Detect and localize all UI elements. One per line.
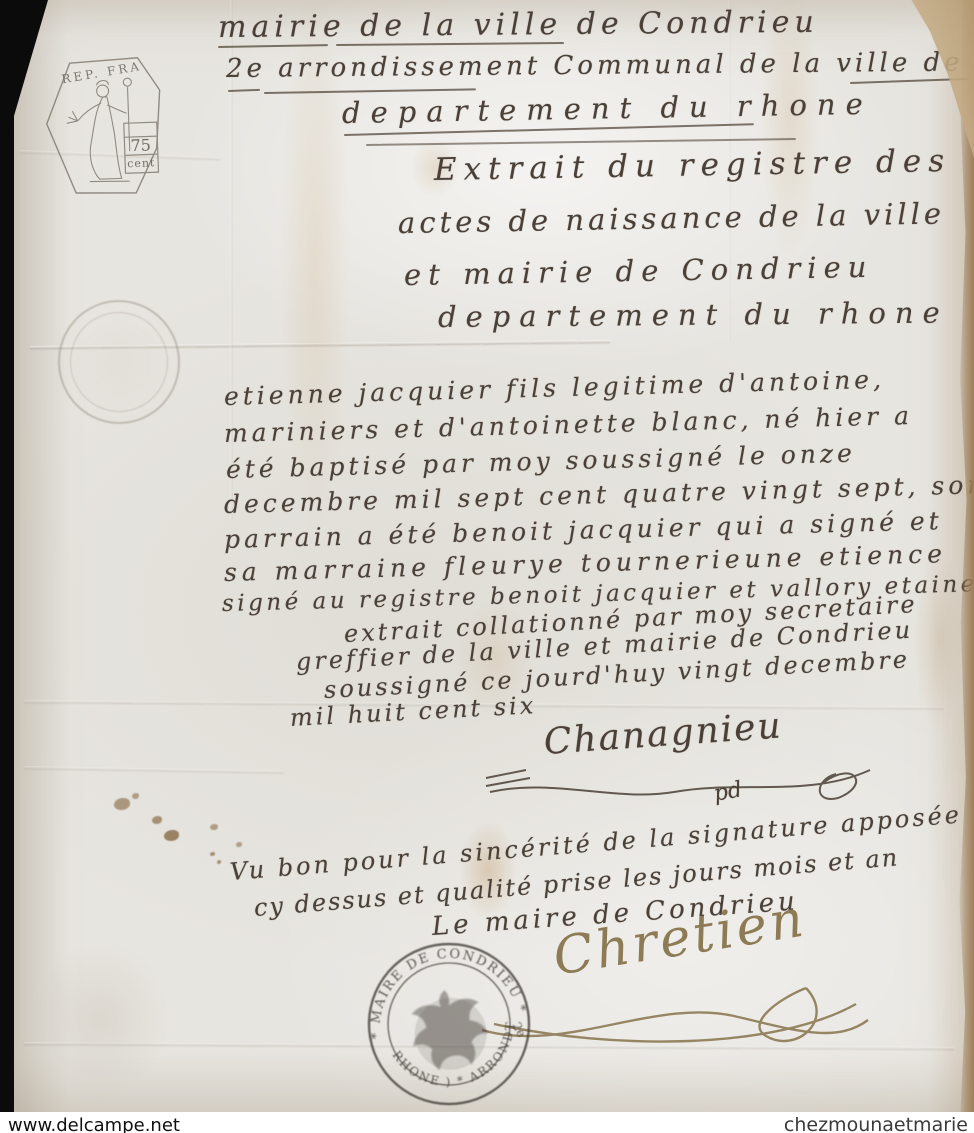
heading-line-4: departement du rhone	[438, 296, 949, 334]
clerk-signature-paraph: pd	[712, 777, 744, 807]
heading-line-2: actes de naissance de la ville	[398, 196, 946, 240]
ink-speck	[210, 824, 218, 830]
ink-speck	[114, 798, 130, 810]
municipal-stamp: * MAIRE DE CONDRIEU * ( RHONE ) * ARROND…	[349, 924, 548, 1123]
header-line-1: mairie de la ville de Condrieu	[218, 5, 819, 45]
header-line-2: 2e arrondissement Communal de la ville d…	[226, 47, 974, 84]
ink-speck	[236, 842, 242, 847]
heading-line-1: Extrait du registre des	[434, 143, 952, 188]
collection-watermark: chezmounaetmarie	[784, 1114, 968, 1133]
paper-stain	[30, 940, 170, 1100]
revenue-stamp-value: 75	[130, 135, 151, 155]
ink-speck	[210, 852, 215, 856]
scanned-document-page: { "header": { "line1": "mairie de la vil…	[0, 0, 974, 1133]
ink-speck	[132, 793, 139, 799]
clerk-signature-flourish	[484, 748, 876, 820]
ink-speck	[164, 830, 179, 841]
embossed-seal	[50, 292, 188, 432]
fold-crease	[24, 766, 284, 774]
manuscript-paper: REP. FRA. 75 cent mairie de la ville de …	[14, 0, 974, 1112]
ink-underline	[228, 89, 260, 92]
torn-paper-edge	[957, 0, 974, 1112]
revenue-stamp-unit: cent	[127, 156, 156, 170]
heading-line-3: et mairie de Condrieu	[404, 250, 874, 292]
watermark-strip: www.delcampe.net chezmounaetmarie	[0, 1112, 974, 1133]
ink-speck	[152, 816, 162, 824]
revenue-stamp: REP. FRA. 75 cent	[39, 54, 168, 206]
ink-speck	[217, 860, 221, 864]
seller-watermark: www.delcampe.net	[8, 1115, 180, 1133]
